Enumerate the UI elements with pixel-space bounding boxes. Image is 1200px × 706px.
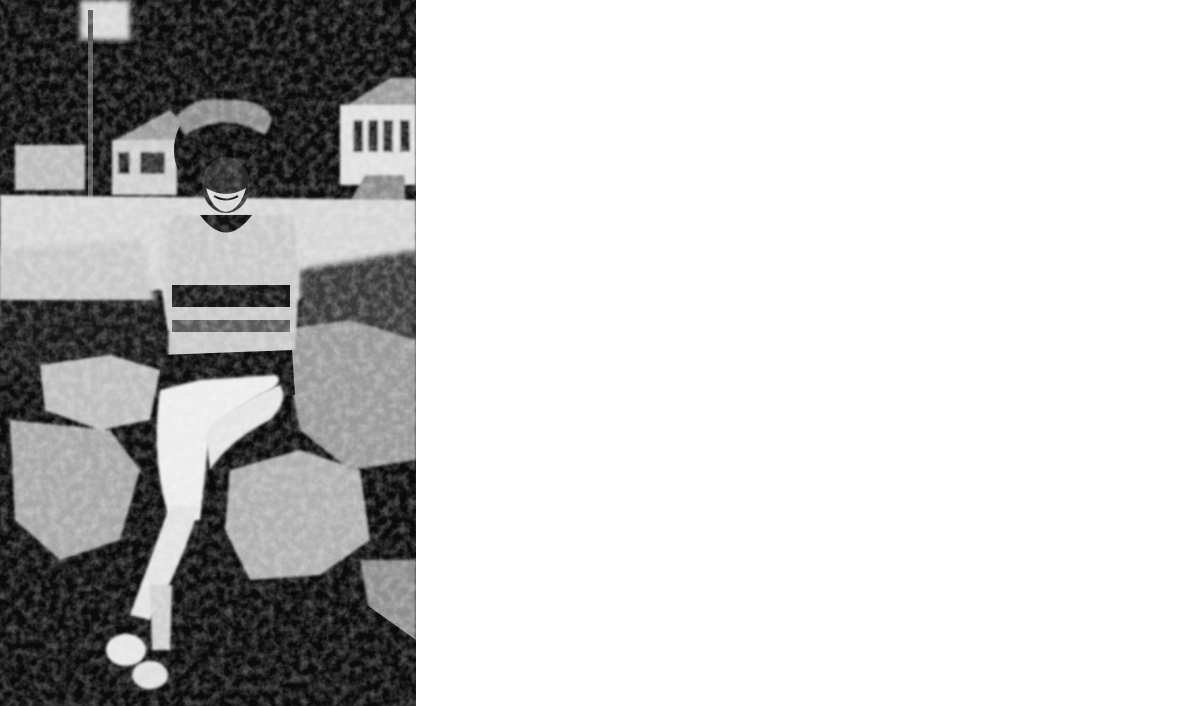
blank-canvas xyxy=(416,0,1200,706)
photo-illustration xyxy=(0,0,416,706)
photograph xyxy=(0,0,416,706)
